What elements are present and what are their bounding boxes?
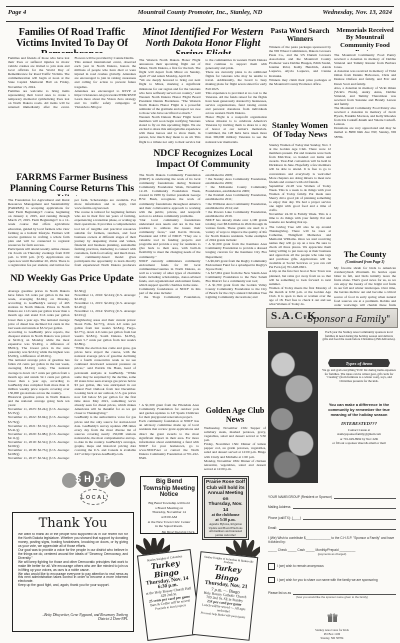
sack-form: YOUR NAME/GROUP (Resident or Sponsor) Ma… [268, 488, 396, 608]
prairie-rose-headline: Prairie Rose Golf Club will hold its Ann… [206, 480, 245, 513]
gas-price-headline: ND Weekly Gas Price Update [8, 274, 136, 287]
pasta-winners-headline: Pasta Word Search Winners [269, 27, 331, 43]
header-bottom-rule [6, 21, 394, 22]
form-email-label: Email: [268, 526, 277, 530]
county-clover-continued: (Continued from Page 3) [334, 260, 396, 264]
form-list-label: Please list us as [268, 591, 291, 595]
sack-text-column: Each year the Stanley Area Community spo… [322, 331, 396, 483]
gift-box-icon [327, 610, 338, 627]
honor-flight-body: The Western North Dakota Honor Flight an… [139, 58, 267, 147]
prairie-rose-sub: at the clubhouse at 5:30 p.m. [206, 513, 245, 522]
form-anon-label: I (we) wish to remain anonymous [277, 564, 324, 568]
form-email-line [279, 525, 396, 530]
big-bend-notice-ad: Big Bend Township Meeting Notice Big Ben… [140, 476, 198, 534]
sack-intro: Each year the Stanley Area Community spo… [322, 331, 396, 357]
turkey-bingo-ad: Stanley Knights of Columbus & Baskervill… [192, 540, 262, 641]
form-name-line [334, 494, 396, 499]
sack-interested: INTERESTED??? [322, 421, 396, 426]
shop-local-word2: LOCAL [80, 489, 108, 505]
sack-sponsor-ad: S.A.C.K. "Sponsor a Family" Each year th… [266, 308, 398, 641]
form-name-label: YOUR NAME/GROUP (Resident or Sponsor) [268, 495, 332, 499]
sack-org-line3: Stanley, ND 58784 [266, 636, 398, 640]
ndcf-headline: NDCF Recognizes Local Impact Of Communit… [139, 149, 267, 171]
pasta-winners-body: Winners of the pasta packages sponsored … [269, 45, 331, 119]
memorials-headline: Memorials Received By Mountrail Communit… [334, 27, 396, 51]
sack-details: We go and grab everything YOU list durin… [322, 369, 396, 399]
women-of-today-body: Stanley Women of Today met Sunday, Nov. … [269, 143, 331, 307]
form-phone-label: Phone (call/TX): (____) [268, 516, 301, 520]
sack-footer: Stanley Area Cares for Kids PO Box 1106 … [266, 610, 398, 640]
road-article-headline: Families Of Road Traffic Victims Invited… [8, 27, 136, 53]
thank-you-body: We want to thank all of the people who s… [18, 533, 128, 611]
form-address-line [293, 504, 396, 509]
christmas-ornaments-photo [268, 331, 318, 483]
form-phone-line [303, 515, 396, 520]
thank-you-district: District 2 Dem-NPL [18, 617, 128, 621]
county-clover-headline: The County Clover [334, 250, 396, 260]
newspaper-page: Page 4 Mountrail County Promoter, Inc., … [0, 0, 400, 643]
memorials-body: The Mountrail Community Food Pantry rece… [334, 53, 396, 247]
road-article-body: Families and friends of those who have l… [8, 56, 136, 170]
form-share-label: I (we) wish for you to share our name wi… [277, 578, 378, 582]
golden-age-body: Wednesday, November 13th: Supper of sali… [204, 426, 266, 476]
sack-banner: S.A.C.K. "Sponsor a Family" [266, 308, 398, 328]
anonymous-checkbox [268, 563, 275, 570]
sack-types-ribbon: Types of items [328, 359, 390, 367]
sack-contact: Contact Cassie at stanleysponsorfamily@g… [322, 428, 396, 446]
sack-script-title: "Sponsor a Family" [303, 315, 390, 325]
turkey-bingo-card: Stanley Knights of Columbus & Baskervill… [192, 551, 258, 641]
prairie-rose-agenda: Agenda: Bylaws, Irrigation Update and Bo… [206, 523, 245, 537]
sack-cta: You can make a difference in the communi… [322, 403, 396, 418]
golden-age-headline: Golden Age Club News [204, 407, 266, 424]
form-address-label: Mailing Address [268, 505, 291, 509]
gas-price-body: Average gasoline prices in North Dakota … [8, 289, 136, 470]
honor-flight-headline: Minot Identified For Western North Dakot… [139, 27, 267, 54]
farrms-body: The Foundation for Agricultural and Rura… [8, 198, 136, 271]
form-methods-note: (payments as charged) [268, 552, 396, 556]
shop-local-word1: SHOP [56, 474, 132, 484]
women-of-today-headline: Stanley Women Of Today News [269, 121, 331, 141]
form-contribute-text: I (We) Wish to contribute $_____________… [268, 536, 396, 544]
share-name-checkbox [268, 577, 275, 584]
big-bend-body: Big Bend Township will hold a Board Meet… [143, 501, 195, 529]
shop-local-graphic: SHOP LOCAL [56, 471, 132, 511]
prairie-rose-ad: Prairie Rose Golf Club will hold its Ann… [202, 476, 249, 540]
big-bend-headline: Big Bend Township Meeting Notice [143, 479, 195, 499]
farrms-headline: FARRMS Farmer Business Planning Course R… [8, 173, 136, 196]
thank-you-headline: Thank You [18, 516, 128, 531]
form-list-note: (how you would like the sponsor name giv… [268, 595, 396, 599]
ndcf-body-part1: The North Dakota Community Foundation (N… [139, 173, 267, 401]
header-top-rule [6, 6, 394, 7]
page-date: Wednesday, Nov. 13, 2024 [282, 9, 392, 16]
thank-you-ad: Thank You We want to thank all of the pe… [12, 512, 134, 632]
county-clover-body: My favorite shrub for birds is American … [334, 266, 396, 308]
big-bend-clerk: Big Bend Township Clerk, Iris Holding [143, 530, 195, 534]
ndcf-body-part2: • A $1,500 grant from the Ellendale Area… [139, 403, 199, 473]
